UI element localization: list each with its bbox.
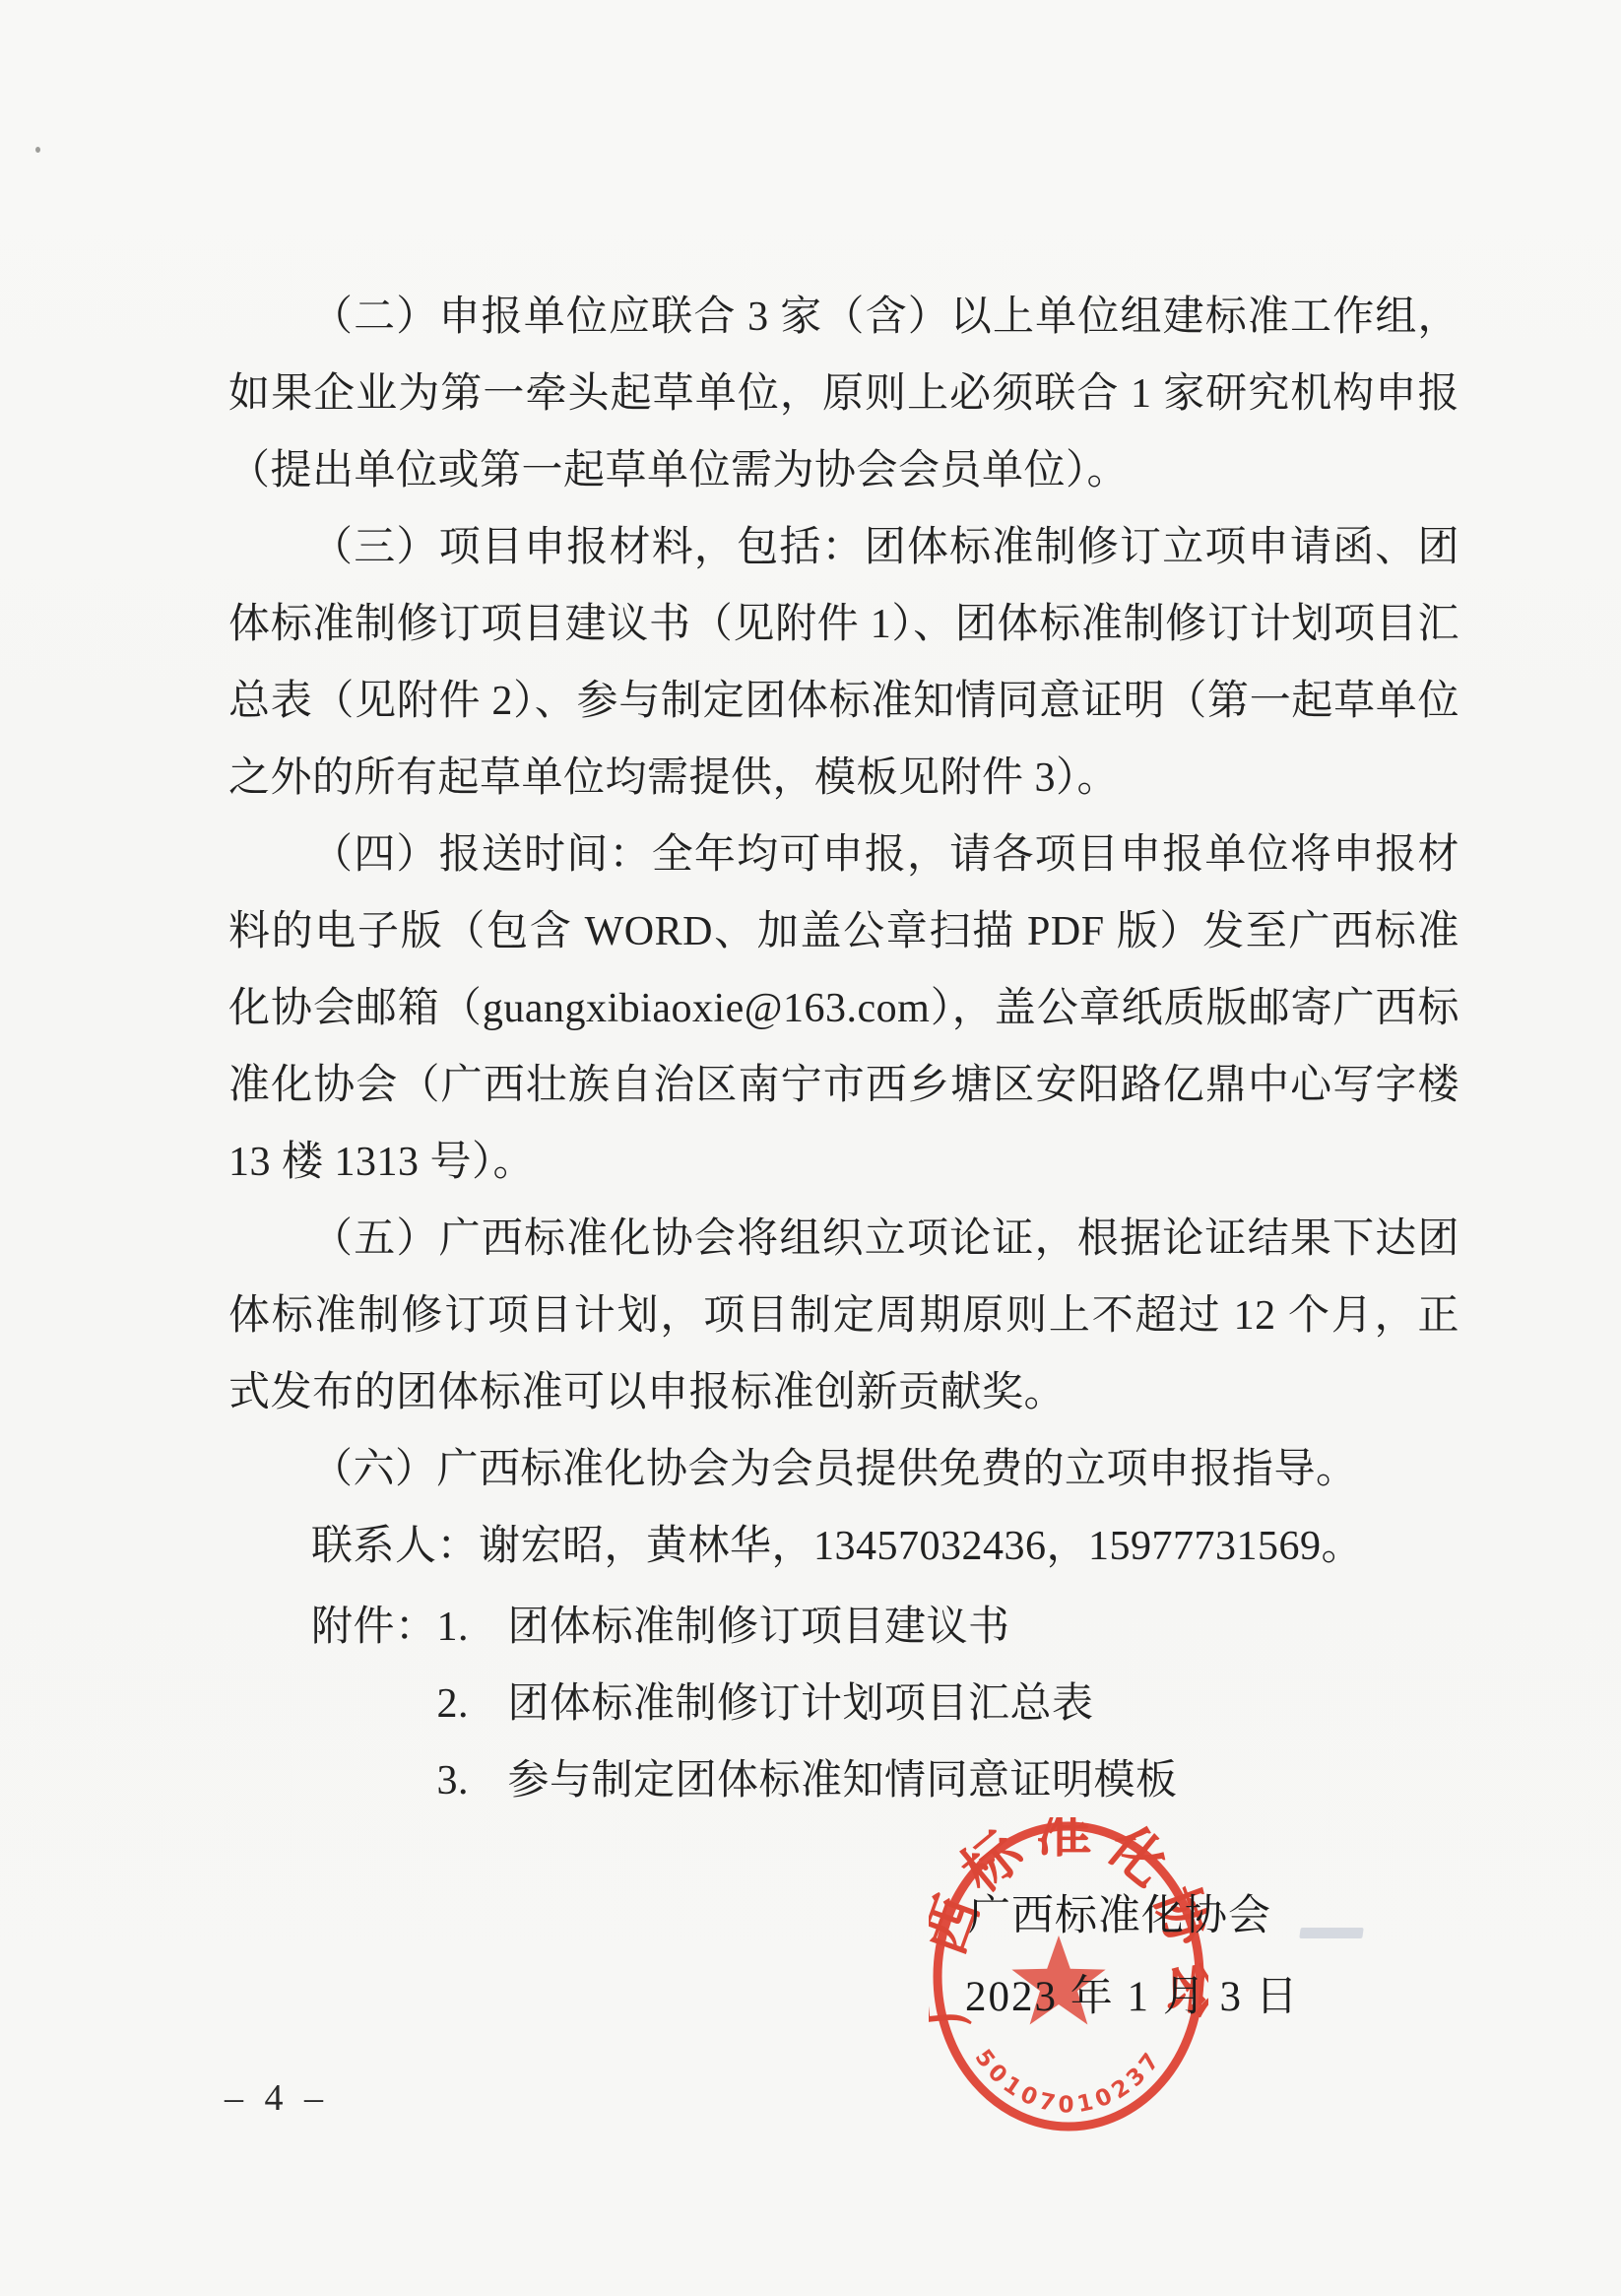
attachments-label: 附件： [311,1589,437,1819]
attachment-number: 3. [437,1742,508,1819]
attachment-number: 1. [437,1589,508,1666]
scan-speck [35,147,40,153]
signature-date: 2023 年 1 月 3 日 [965,1974,1300,2021]
scanned-document-page: （二）申报单位应联合 3 家（含）以上单位组建标准工作组，如果企业为第一牵头起草… [0,0,1621,2296]
signature-organization: 广西标准化协会 [968,1893,1271,1940]
paragraph-item-6: （六）广西标准化协会为会员提供免费的立项申报指导。 [228,1431,1459,1508]
contact-line: 联系人：谢宏昭，黄林华，13457032436，15977731569。 [228,1508,1459,1585]
attachment-item: 2. 团体标准制修订计划项目汇总表 [437,1666,1459,1742]
attachments-block: 附件： 1. 团体标准制修订项目建议书 2. 团体标准制修订计划项目汇总表 3.… [228,1589,1459,1819]
attachment-title: 团体标准制修订项目建议书 [508,1589,1459,1666]
attachment-item: 1. 团体标准制修订项目建议书 [437,1589,1459,1666]
page-number: – 4 – [225,2076,329,2120]
paragraph-item-3: （三）项目申报材料，包括：团体标准制修订立项申请函、团体标准制修订项目建议书（见… [228,509,1459,817]
scan-artifact [1299,1928,1364,1938]
paragraph-item-5: （五）广西标准化协会将组织立项论证，根据论证结果下达团体标准制修订项目计划，项目… [228,1201,1459,1431]
attachment-title: 团体标准制修订计划项目汇总表 [508,1666,1459,1742]
attachment-number: 2. [437,1666,508,1742]
paragraph-item-2: （二）申报单位应联合 3 家（含）以上单位组建标准工作组，如果企业为第一牵头起草… [228,279,1459,509]
attachment-title: 参与制定团体标准知情同意证明模板 [508,1742,1459,1819]
paragraph-item-4: （四）报送时间：全年均可申报，请各项目申报单位将申报材料的电子版（包含 WORD… [228,817,1459,1201]
attachment-item: 3. 参与制定团体标准知情同意证明模板 [437,1742,1459,1819]
attachments-list: 1. 团体标准制修订项目建议书 2. 团体标准制修订计划项目汇总表 3. 参与制… [437,1589,1459,1819]
document-body: （二）申报单位应联合 3 家（含）以上单位组建标准工作组，如果企业为第一牵头起草… [228,279,1459,1819]
